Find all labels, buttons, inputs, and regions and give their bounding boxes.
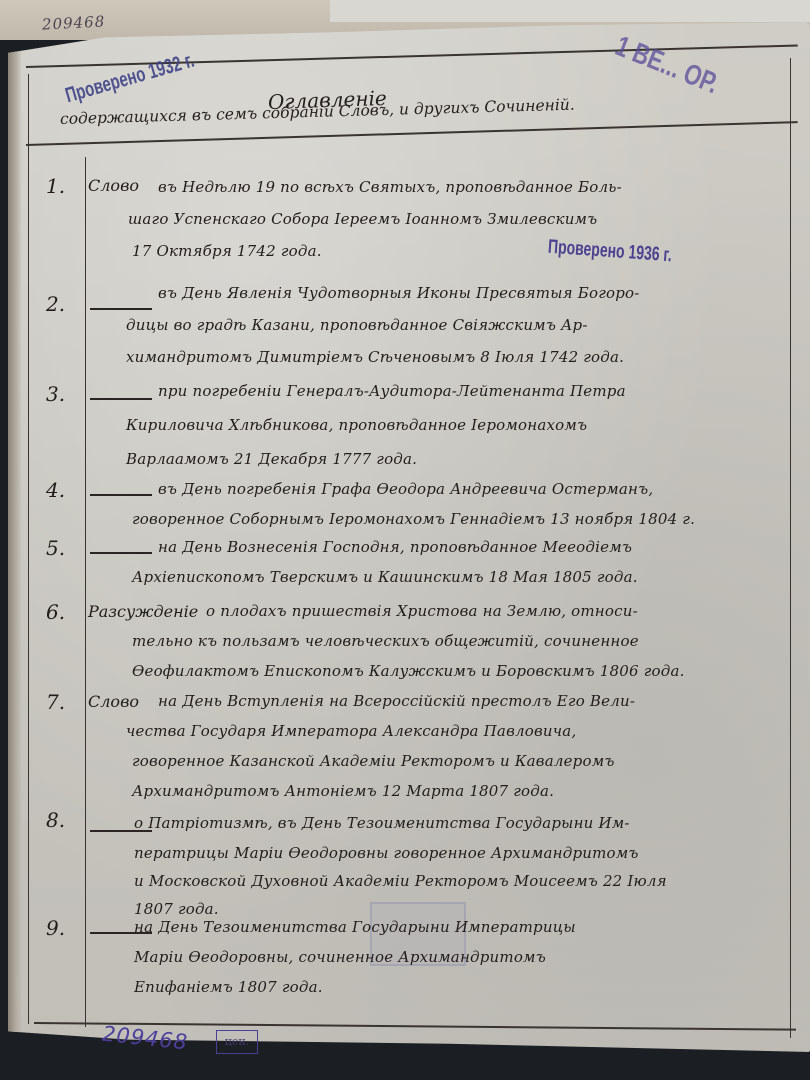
entry-lead: Слово [88, 692, 139, 711]
entry-number: 2. [46, 292, 65, 316]
number-column-rule [85, 157, 86, 1027]
verification-stamp-1936: Проверено 1936 г. [547, 235, 672, 266]
page-spine-shadow [8, 22, 22, 1052]
entry-line: Архимандритомъ Антоніемъ 12 Марта 1807 г… [132, 782, 554, 800]
ditto-dash [90, 552, 152, 554]
ditto-dash [90, 308, 152, 310]
document-page: Проверено 1932 г. 1 ВЕ... ОР. Оглавленіе… [8, 22, 810, 1052]
entry-line: дицы во градѣ Казани, проповѣданное Свія… [126, 316, 588, 334]
entry-line: въ Недѣлю 19 по всѣхъ Святыхъ, проповѣда… [158, 178, 622, 196]
entry-number: 1. [46, 174, 65, 198]
ditto-dash [90, 494, 152, 496]
entry-number: 8. [46, 808, 65, 832]
entry-line: въ День погребенія Графа Өеодора Андреев… [158, 480, 653, 498]
entry-line: въ День Явленія Чудотворныя Иконы Пресвя… [158, 284, 640, 302]
entry-line: о Патріотизмѣ, въ День Тезоименитства Го… [134, 814, 630, 832]
entry-line: на День Вознесенія Господня, проповѣданн… [158, 538, 632, 556]
entry-line: говоренное Казанской Академіи Ректоромъ … [132, 752, 615, 770]
entry-line: Архіепископомъ Тверскимъ и Кашинскимъ 18… [132, 568, 638, 586]
price-stamp-box: цен. [216, 1030, 258, 1054]
frame-left-rule [28, 74, 29, 1024]
entry-line: Епифаніемъ 1807 года. [134, 978, 323, 996]
entry-line: Кириловича Хлѣбникова, проповѣданное Іер… [126, 416, 587, 434]
entry-line: на День Тезоименитства Государыни Импера… [134, 918, 576, 936]
entry-number: 9. [46, 916, 65, 940]
entry-line: Өеофилактомъ Епископомъ Калужскимъ и Бор… [132, 662, 685, 680]
entry-line: говоренное Соборнымъ Іеромонахомъ Геннад… [132, 510, 695, 528]
underlying-sheet-edge [330, 0, 810, 22]
entry-line: ператрицы Маріи Өеодоровны говоренное Ар… [134, 844, 639, 862]
ditto-dash [90, 398, 152, 400]
frame-right-rule [790, 58, 791, 1038]
entry-line: на День Вступленія на Всероссійскій прес… [158, 692, 635, 710]
entry-lead: Слово [88, 176, 139, 195]
entry-line: шаго Успенскаго Собора Іереемъ Іоанномъ … [128, 210, 597, 228]
entry-number: 4. [46, 478, 65, 502]
entry-line: тельно къ пользамъ человѣческихъ общежит… [132, 632, 639, 650]
library-stamp-faded: 1 ВЕ... ОР. [611, 29, 724, 101]
entry-number: 3. [46, 382, 65, 406]
entry-line: химандритомъ Димитріемъ Сѣченовымъ 8 Іюл… [126, 348, 624, 366]
entry-line: 1807 года. [134, 900, 219, 918]
entry-line: 17 Октября 1742 года. [132, 242, 322, 260]
entry-line: Маріи Өеодоровны, сочиненное Архимандрит… [134, 948, 546, 966]
entry-number: 6. [46, 600, 65, 624]
entry-line: о плодахъ пришествія Христова на Землю, … [206, 602, 638, 620]
verification-stamp-1932: Проверено 1932 г. [63, 48, 197, 107]
entry-lead: Разсужденіе [88, 602, 198, 621]
entry-line: и Московской Духовной Академіи Ректоромъ… [134, 872, 667, 890]
underlying-sheet-number: 209468 [42, 12, 106, 33]
entry-number: 5. [46, 536, 65, 560]
entry-line: при погребеніи Генералъ-Аудитора-Лейтена… [158, 382, 626, 400]
entry-line: Варлаамомъ 21 Декабря 1777 года. [126, 450, 417, 468]
entry-number: 7. [46, 690, 65, 714]
entry-line: чества Государя Императора Александра Па… [126, 722, 576, 740]
